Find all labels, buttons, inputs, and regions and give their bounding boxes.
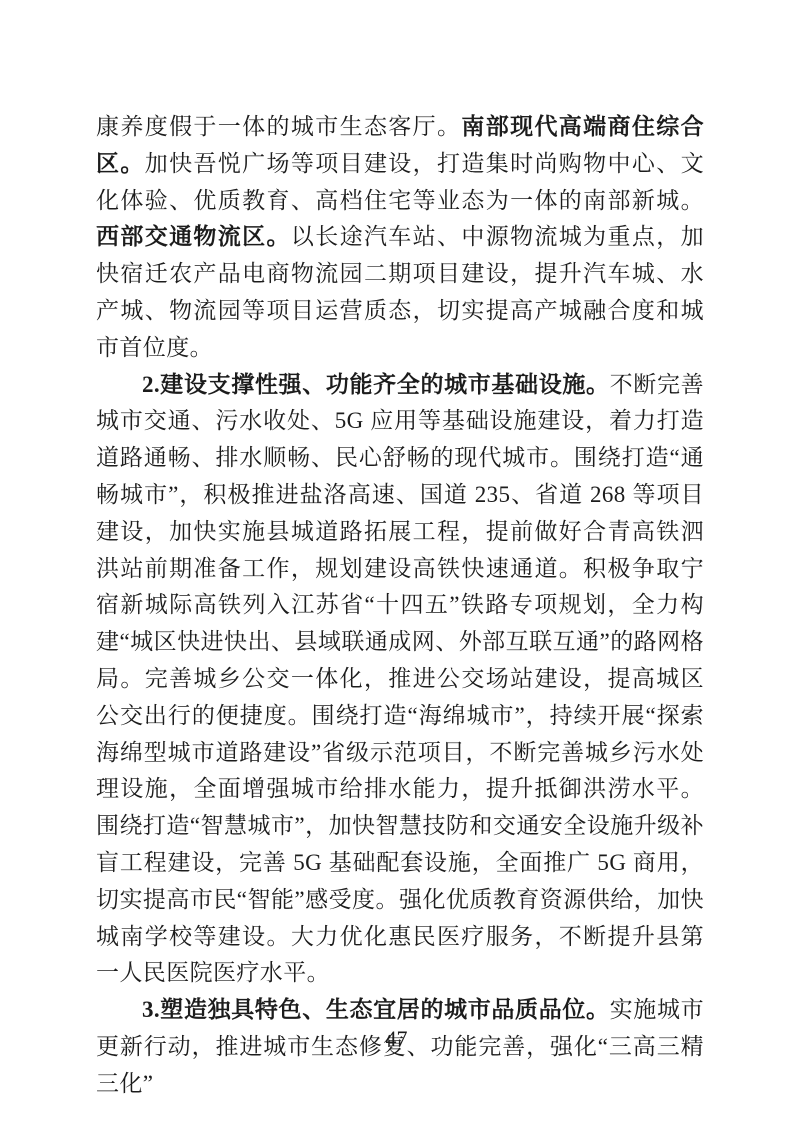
page-number: 47 bbox=[0, 1026, 793, 1052]
text-run: 加快吾悦广场等项目建设，打造集时尚购物中心、文化体验、优质教育、高档住宅等业态为… bbox=[96, 151, 704, 213]
paragraph: 康养度假于一体的城市生态客厅。南部现代高端商住综合区。加快吾悦广场等项目建设，打… bbox=[96, 109, 704, 367]
bold-heading-run: 西部交通物流区。 bbox=[96, 224, 291, 249]
bold-heading-run: 2.建设支撑性强、功能齐全的城市基础设施。 bbox=[142, 372, 610, 397]
paragraph: 2.建设支撑性强、功能齐全的城市基础设施。不断完善城市交通、污水收处、5G 应用… bbox=[96, 367, 704, 993]
text-block: 康养度假于一体的城市生态客厅。南部现代高端商住综合区。加快吾悦广场等项目建设，打… bbox=[96, 109, 704, 1103]
document-page: 康养度假于一体的城市生态客厅。南部现代高端商住综合区。加快吾悦广场等项目建设，打… bbox=[0, 0, 793, 1122]
text-run: 康养度假于一体的城市生态客厅。 bbox=[96, 114, 461, 139]
bold-heading-run: 3.塑造独具特色、生态宜居的城市品质品位。 bbox=[142, 997, 610, 1022]
text-run: 不断完善城市交通、污水收处、5G 应用等基础设施建设，着力打造道路通畅、排水顺畅… bbox=[96, 372, 704, 986]
